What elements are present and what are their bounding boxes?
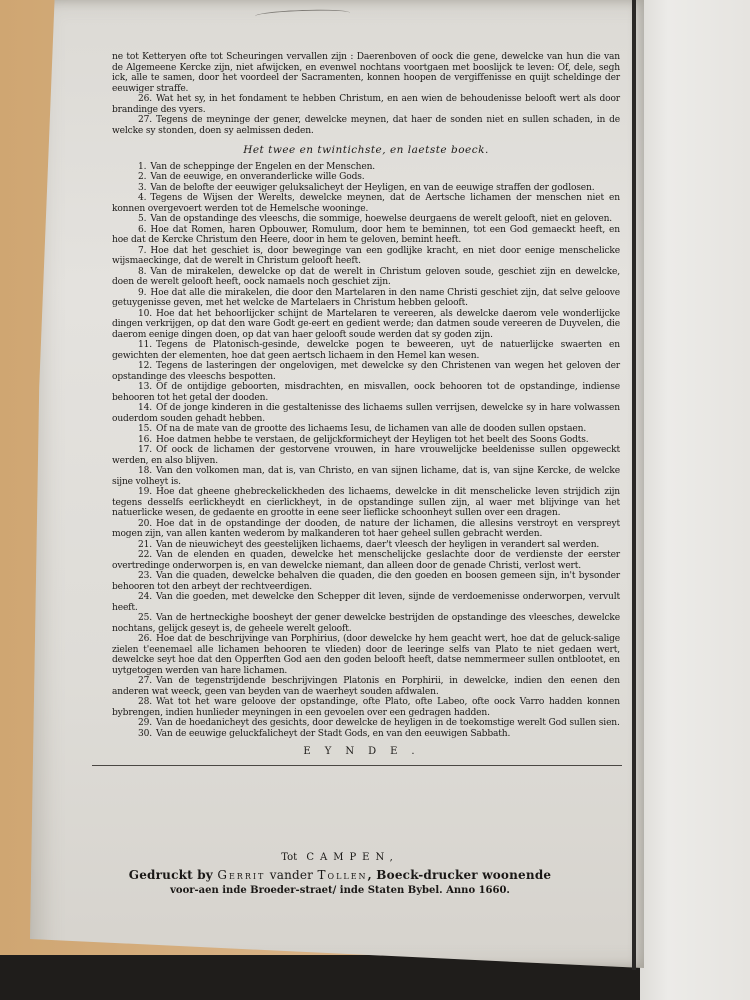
chapter-item: 5.Van de opstandinge des vleeschs, die s… (112, 214, 620, 225)
chapter-item: 4.Tegens de Wijsen der Werelts, dewelcke… (112, 193, 620, 214)
chapter-item: 28.Wat tot het ware geloove der opstandi… (112, 697, 620, 718)
chapter-item: 3.Van de belofte der eeuwiger geluksalic… (112, 183, 620, 194)
chapter-item: 8.Van de mirakelen, dewelcke op dat de w… (112, 267, 620, 288)
imprint-address: voor-aen inde Broeder-straet/ inde State… (70, 885, 610, 896)
chapter-item: 30.Van de eeuwige geluckfalicheyt der St… (112, 729, 620, 740)
chapter-item: 1.Van de scheppinge der Engelen en der M… (112, 162, 620, 173)
divider-rule (92, 765, 622, 766)
imprint: Tot CAMPEN, Gedruckt by Gerrit vander To… (70, 852, 610, 896)
end-mark: EYNDE. (112, 747, 620, 762)
chapter-item: 9.Hoe dat alle die mirakelen, die door d… (112, 288, 620, 309)
chapter-item: 24.Van die goeden, met dewelcke den Sche… (112, 592, 620, 613)
chapter-item: 18.Van den volkomen man, dat is, van Chr… (112, 466, 620, 487)
chapter-item: 15.Of na de mate van de grootte des lich… (112, 424, 620, 435)
chapter-item: 17.Of oock de lichamen der gestorvene vr… (112, 445, 620, 466)
continuation-text: ne tot Ketteryen ofte tot Scheuringen ve… (112, 52, 620, 94)
chapter-item: 29.Van de hoedanicheyt des gesichts, doo… (112, 718, 620, 729)
chapter-item: 23.Van die quaden, dewelcke behalven die… (112, 571, 620, 592)
chapter-item: 21.Van de nieuwicheyt des geestelijken l… (112, 540, 620, 551)
chapter-item: 14.Of de jonge kinderen in die gestalten… (112, 403, 620, 424)
chapter-item: 10.Hoe dat het behoorlijcker schijnt de … (112, 309, 620, 341)
page-gutter-edge (632, 0, 636, 970)
chapter-item: 7.Hoe dat het geschiet is, door beweging… (112, 246, 620, 267)
book-heading: Het twee en twintichste, en laetste boec… (112, 145, 620, 156)
imprint-place: Tot CAMPEN, (70, 852, 610, 863)
chapter-item: 26.Hoe dat de beschrijvinge van Porphiri… (112, 634, 620, 676)
chapter-list: 1.Van de scheppinge der Engelen en der M… (112, 162, 620, 740)
chapter-item: 16.Hoe datmen hebbe te verstaen, de geli… (112, 435, 620, 446)
chapter-item: 2.Van de eeuwige, en onveranderlicke wil… (112, 172, 620, 183)
page-text: ne tot Ketteryen ofte tot Scheuringen ve… (112, 52, 620, 766)
chapter-item: 22.Van de elenden en quaden, dewelcke he… (112, 550, 620, 571)
chapter-item: 11.Tegens de Platonisch-gesinde, dewelck… (112, 340, 620, 361)
prior-item: 26.Wat het sy, in het fondament te hebbe… (112, 94, 620, 115)
chapter-item: 12.Tegens de lasteringen der ongelovigen… (112, 361, 620, 382)
imprint-printer: Gedruckt by Gerrit vander Tollen, Boeck-… (70, 868, 610, 882)
chapter-item: 6.Hoe dat Romen, haren Opbouwer, Romulum… (112, 225, 620, 246)
chapter-item: 13.Of de ontijdige geboorten, misdrachte… (112, 382, 620, 403)
chapter-item: 19.Hoe dat gheene ghebreckelickheden des… (112, 487, 620, 519)
prior-item: 27.Tegens de meyninge der gener, dewelck… (112, 115, 620, 136)
chapter-item: 27.Van de tegenstrijdende beschrijvingen… (112, 676, 620, 697)
chapter-item: 25.Van de hertneckighe boosheyt der gene… (112, 613, 620, 634)
facing-blank-page (628, 0, 750, 1000)
chapter-item: 20.Hoe dat in de opstandinge der dooden,… (112, 519, 620, 540)
